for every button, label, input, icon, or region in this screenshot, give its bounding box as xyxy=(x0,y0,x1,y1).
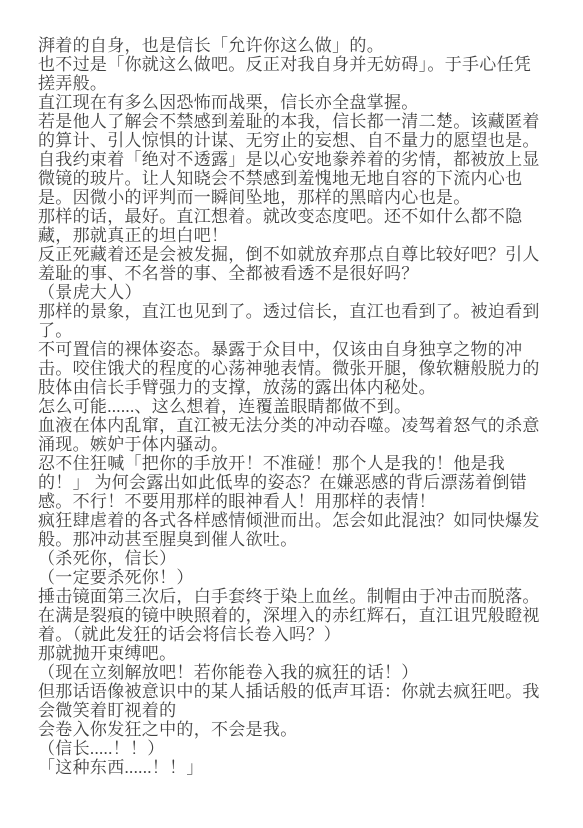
document-page: 湃着的自身，也是信长「允许你这么做」的。 也不过是「你就这么做吧。反正对我自身并… xyxy=(0,0,583,828)
body-text: 湃着的自身，也是信长「允许你这么做」的。 也不过是「你就这么做吧。反正对我自身并… xyxy=(38,36,555,777)
